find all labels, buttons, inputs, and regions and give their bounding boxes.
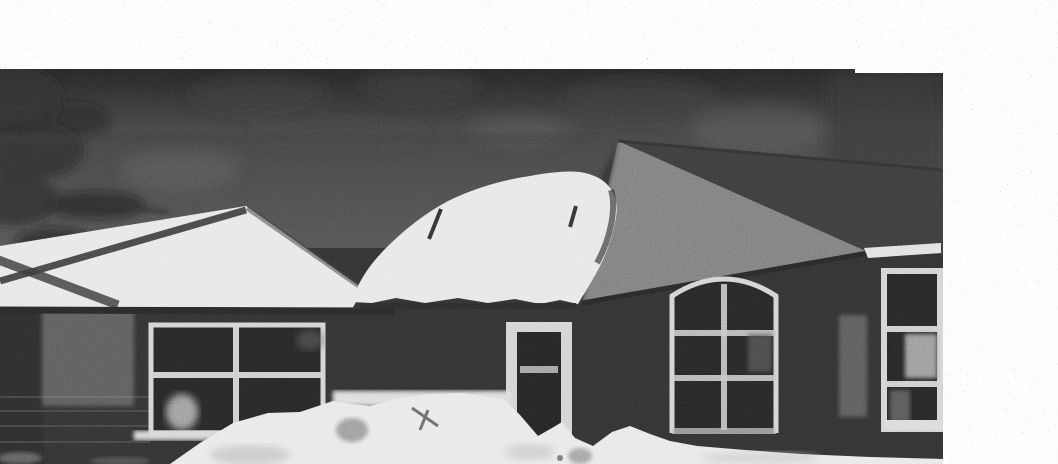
- photo: [0, 65, 943, 464]
- scanned-photo-page: [0, 0, 1058, 464]
- film-grain-base: [0, 69, 943, 464]
